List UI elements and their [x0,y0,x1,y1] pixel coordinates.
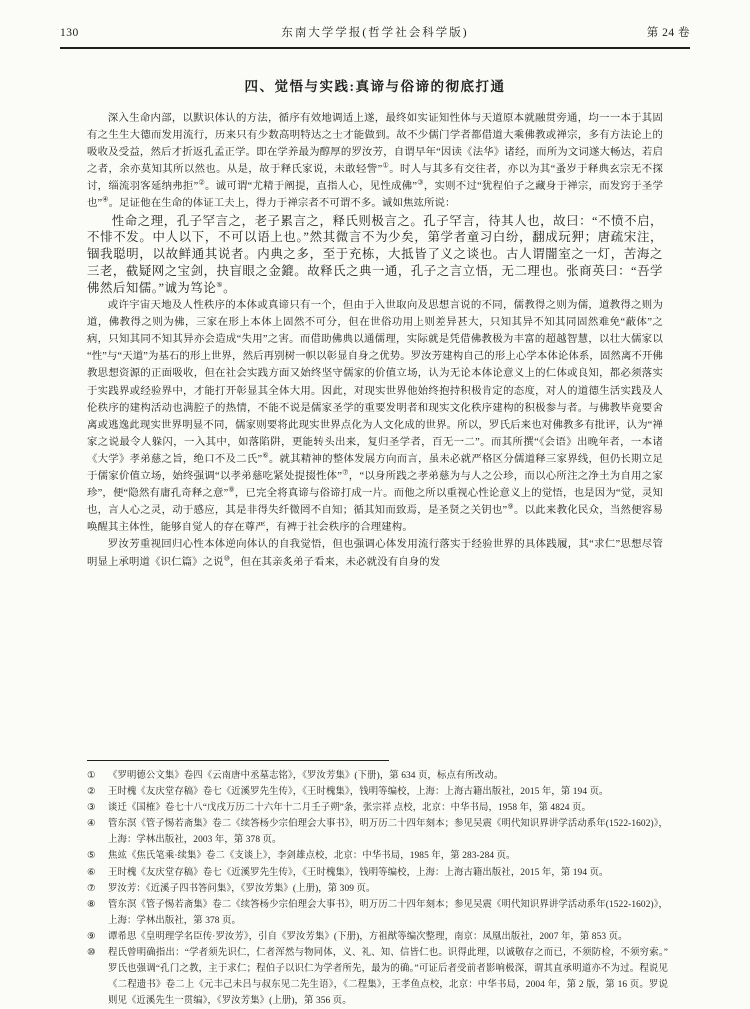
footnote-marker: ③ [87,800,108,816]
footnote-marker: ⑨ [87,929,108,945]
page-number: 130 [60,27,150,39]
footnote-text: 管东溟《管子惕若斋集》卷二《续答杨少宗伯理会大事书》，明万历二十四年刻本；参见吴… [108,897,668,929]
footnote-text: 王时槐《友庆堂存稿》卷七《近溪罗先生传》，《王时槐集》，钱明等编校，上海：上海古… [108,784,668,800]
footnote-item: ⑥ 王时槐《友庆堂存稿》卷七《近溪罗先生传》，《王时槐集》，钱明等编校，上海：上… [87,865,668,881]
footnote-marker: ⑤ [87,848,108,864]
footnote-marker: ⑩ [87,945,108,1009]
footnote-item: ⑨ 谭希思《皇明理学名臣传·罗汝芳》，引自《罗汝芳集》(下册)，方祖猷等编次整理… [87,929,668,945]
footnote-marker: ⑥ [87,865,108,881]
footnote-item: ⑩ 程氏曾明确指出：“学者须先识仁，仁者浑然与物同体，义、礼、知、信皆仁也。识得… [87,945,668,1009]
footnote-marker: ① [87,768,108,784]
footnote-text: 谭希思《皇明理学名臣传·罗汝芳》，引自《罗汝芳集》(下册)，方祖猷等编次整理，南… [108,929,668,945]
volume-label: 第 24 卷 [600,24,690,40]
paragraph-1: 深入生命内部，以默识体认的方法，循序有效地调适上遂，最终如实证知性体与天道原本就… [87,110,663,213]
footnote-text: 程氏曾明确指出：“学者须先识仁，仁者浑然与物同体，义、礼、知、信皆仁也。识得此理… [108,945,668,1009]
footnote-marker: ② [87,784,108,800]
article-body: 深入生命内部，以默识体认的方法，循序有效地调适上遂，最终如实证知性体与天道原本就… [87,110,663,752]
footnote-item: ⑦ 罗汝芳：《近溪子四书答问集》，《罗汝芳集》(上册)，第 309 页。 [87,881,668,897]
paragraph-3: 罗汝芳重视回归心性本体逆向体认的自我觉悟，但也强调心体发用流行落实于经验世界的具… [87,536,663,570]
footnote-separator [87,760,389,761]
footnote-list: ① 《罗明德公文集》卷四《云南唐中丞墓志铭》，《罗汝芳集》(下册)，第 634 … [87,768,668,1009]
footnote-marker: ⑧ [87,897,108,929]
footnote-text: 罗汝芳：《近溪子四书答问集》，《罗汝芳集》(上册)，第 309 页。 [108,881,668,897]
footnote-item: ② 王时槐《友庆堂存稿》卷七《近溪罗先生传》，《王时槐集》，钱明等编校，上海：上… [87,784,668,800]
footnote-item: ⑧ 管东溟《管子惕若斋集》卷二《续答杨少宗伯理会大事书》，明万历二十四年刻本；参… [87,897,668,929]
footnote-text: 管东溟《管子惕若斋集》卷二《续答杨少宗伯理会大事书》，明万历二十四年刻本；参见吴… [108,816,668,848]
footnote-text: 《罗明德公文集》卷四《云南唐中丞墓志铭》，《罗汝芳集》(下册)，第 634 页，… [108,768,668,784]
footnote-text: 谈迁《国榷》卷七十八“戊戌万历二十六年十二月壬子朔”条，张宗祥 点校，北京：中华… [108,800,668,816]
section-title: 四、觉悟与实践:真谛与俗谛的彻底打通 [60,75,690,95]
footnote-item: ① 《罗明德公文集》卷四《云南唐中丞墓志铭》，《罗汝芳集》(下册)，第 634 … [87,768,668,784]
page-header: 130 东南大学学报(哲学社会科学版) 第 24 卷 [60,24,690,40]
footnote-text: 王时槐《友庆堂存稿》卷七《近溪罗先生传》，《王时槐集》，钱明等编校，上海：上海古… [108,865,668,881]
header-rule [60,47,690,49]
footnote-marker: ④ [87,816,108,848]
footnote-item: ③ 谈迁《国榷》卷七十八“戊戌万历二十六年十二月壬子朔”条，张宗祥 点校，北京：… [87,800,668,816]
journal-page: 130 东南大学学报(哲学社会科学版) 第 24 卷 四、觉悟与实践:真谛与俗谛… [0,0,750,1000]
paragraph-2: 或许宇宙天地及人性秩序的本体或真谛只有一个，但由于入世取向及思想言说的不同，儒教… [87,297,663,536]
footnote-text: 焦竑《焦氏笔乘·续集》卷二《支谈上》，李剑雄点校，北京：中华书局，1985 年，… [108,848,668,864]
footnote-marker: ⑦ [87,881,108,897]
footnote-item: ⑤ 焦竑《焦氏笔乘·续集》卷二《支谈上》，李剑雄点校，北京：中华书局，1985 … [87,848,668,864]
footnote-item: ④ 管东溟《管子惕若斋集》卷二《续答杨少宗伯理会大事书》，明万历二十四年刻本；参… [87,816,668,848]
block-quote: 性命之理，孔子罕言之，老子累言之，释氏则极言之。孔子罕言，待其人也，故曰：“不愤… [87,213,663,298]
journal-title: 东南大学学报(哲学社会科学版) [150,24,600,40]
